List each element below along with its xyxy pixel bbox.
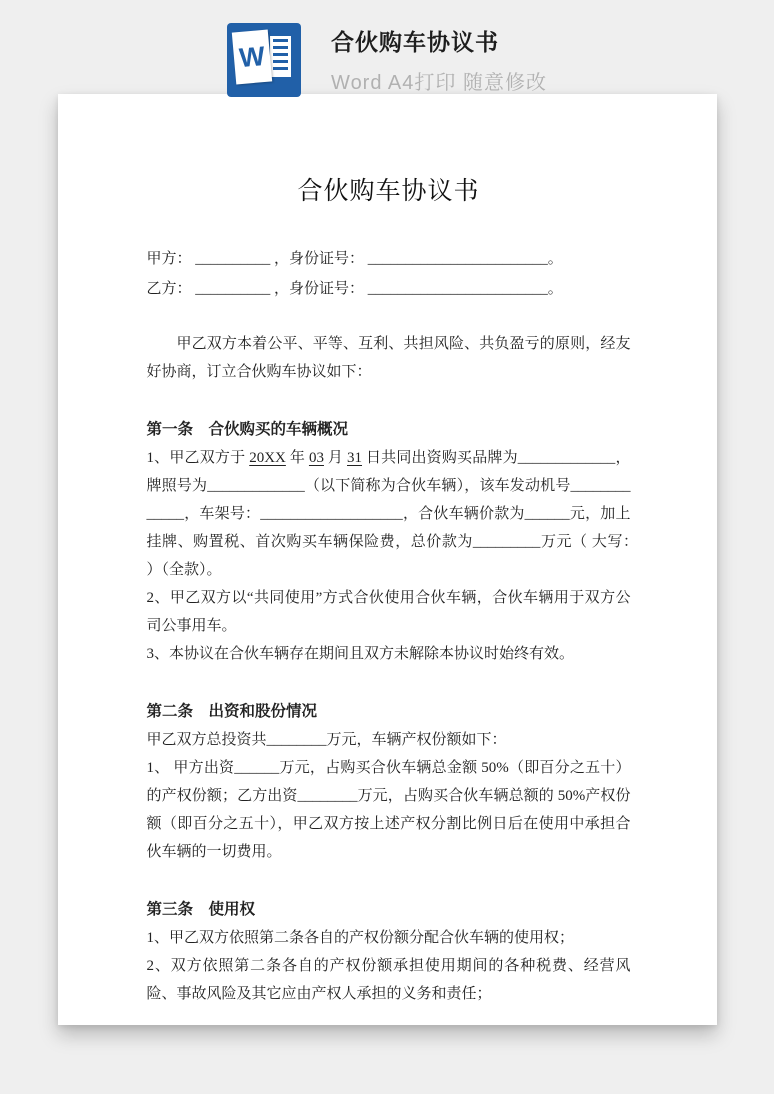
paragraph-heading: 第三条 使用权 [147,896,631,924]
paragraph-heading: 第一条 合伙购买的车辆概况 [147,416,631,444]
word-icon-letter: W [238,42,266,71]
underlined-text: 20XX [249,450,286,466]
text-segment: 1、 甲方出资______万元，占购买合伙车辆总金额 50%（即百分之五十）的产… [147,760,631,860]
paragraph-heading: 第二条 出资和股份情况 [147,698,631,726]
paragraph-party: 甲方： __________ ，身份证号： __________________… [147,244,631,274]
word-icon-page: W [232,29,272,84]
text-segment: 甲方： __________ ，身份证号： __________________… [147,251,563,267]
text-segment: 日共同出资购买品牌为_____________，牌照号为____________… [147,450,721,578]
text-segment: 2、甲乙双方以“共同使用”方式合伙使用合伙车辆，合伙车辆用于双方公司公事用车。 [147,590,631,634]
text-segment: 第三条 使用权 [147,901,256,918]
paragraph-party: 乙方： __________ ，身份证号： __________________… [147,274,631,304]
text-segment: 1、甲乙双方依照第二条各自的产权份额分配合伙车辆的使用权； [147,930,575,946]
text-segment: 乙方： __________ ，身份证号： __________________… [147,281,563,297]
paragraph-clause: 2、甲乙双方以“共同使用”方式合伙使用合伙车辆，合伙车辆用于双方公司公事用车。 [147,584,631,640]
paragraph-intro: 甲乙双方本着公平、平等、互利、共担风险、共负盈亏的原则，经友好协商，订立合伙购车… [147,330,631,386]
word-icon-stripes [273,39,288,74]
text-segment: 年 [286,450,309,466]
header-text: 合伙购车协议书 Word A4打印 随意修改 [331,24,547,95]
paragraph-clause: 1、甲乙双方于 20XX 年 03 月 31 日共同出资购买品牌为_______… [147,444,631,584]
template-preview: W 合伙购车协议书 Word A4打印 随意修改 合伙购车协议书 甲方： ___… [0,0,774,1094]
paragraph-clause: 2、双方依照第二条各自的产权份额承担使用期间的各种税费、经营风险、事故风险及其它… [147,952,631,1008]
paragraph-clause: 3、本协议在合伙车辆存在期间且双方未解除本协议时始终有效。 [147,640,631,668]
text-segment: 3、本协议在合伙车辆存在期间且双方未解除本协议时始终有效。 [147,646,575,662]
underlined-text: 03 [309,450,324,466]
text-segment: 甲乙双方本着公平、平等、互利、共担风险、共负盈亏的原则，经友好协商，订立合伙购车… [147,336,631,380]
text-segment: 1、甲乙双方于 [147,450,250,466]
underlined-text: 31 [347,450,362,466]
preview-header: W 合伙购车协议书 Word A4打印 随意修改 [0,0,774,94]
header-subtitle: Word A4打印 随意修改 [331,66,547,95]
text-segment: 2、双方依照第二条各自的产权份额承担使用期间的各种税费、经营风险、事故风险及其它… [147,958,631,1002]
paragraph-clause: 1、甲乙双方依照第二条各自的产权份额分配合伙车辆的使用权； [147,924,631,952]
document-title: 合伙购车协议书 [147,171,631,207]
document-page: 合伙购车协议书 甲方： __________ ，身份证号： __________… [58,94,717,1025]
text-segment: 第二条 出资和股份情况 [147,703,318,720]
word-icon-lines [270,36,291,77]
document-paragraphs: 甲方： __________ ，身份证号： __________________… [147,244,631,1008]
word-icon: W [227,23,301,97]
text-segment: 月 [324,450,347,466]
text-segment: 第一条 合伙购买的车辆概况 [147,421,349,438]
paragraph-clause: 甲乙双方总投资共________万元，车辆产权份额如下： [147,726,631,754]
text-segment: 甲乙双方总投资共________万元，车辆产权份额如下： [147,732,507,748]
header-title: 合伙购车协议书 [331,24,547,57]
paragraph-clause: 1、 甲方出资______万元，占购买合伙车辆总金额 50%（即百分之五十）的产… [147,754,631,866]
